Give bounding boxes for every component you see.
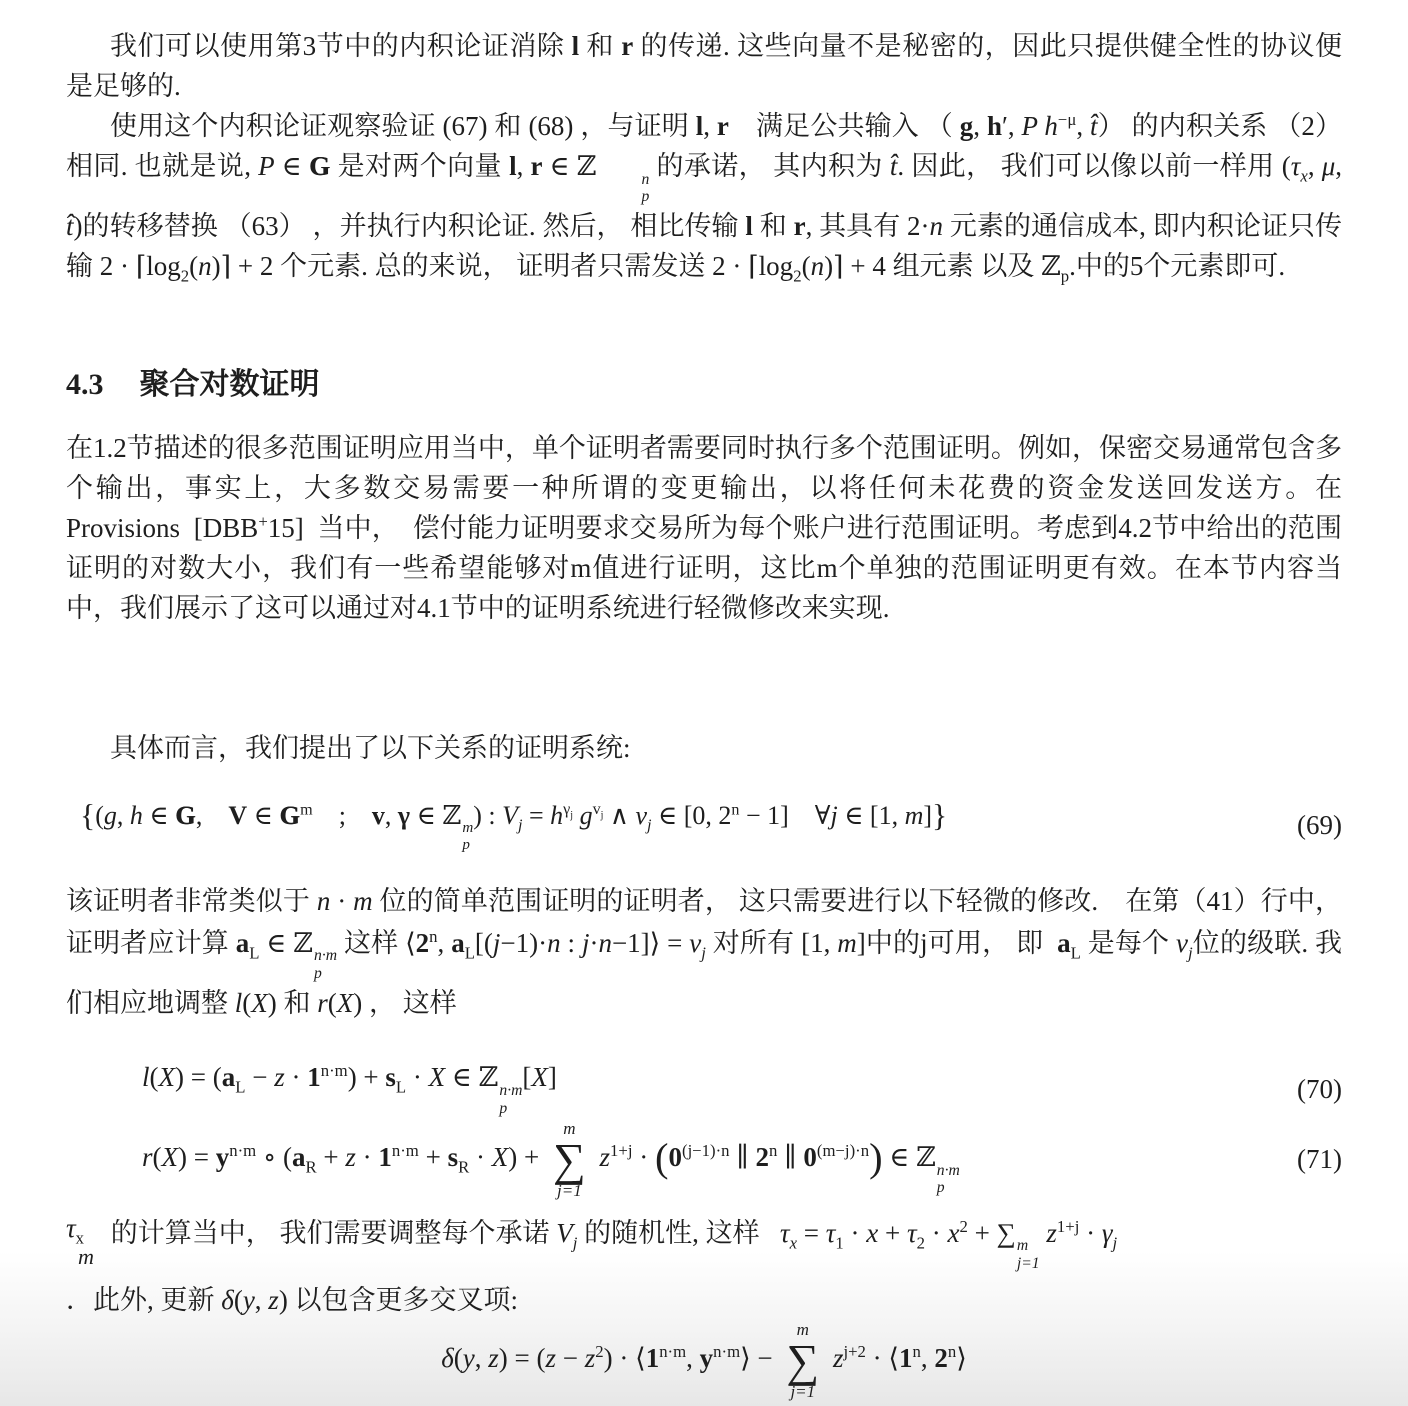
- equation-69-number: (69): [1268, 810, 1342, 841]
- equation-70-body: l(X) = (aL − z · 1n·m) + sL · X ∈ ℤn·mp[…: [66, 1062, 1268, 1117]
- equation-70-number: (70): [1268, 1074, 1342, 1105]
- equation-71-body: r(X) = yn·m ∘ (aR + z · 1n·m + sR · X) +…: [66, 1119, 1268, 1200]
- equation-delta: δ(y, z) = (z − z2) · ⟨1n·m, yn·m⟩ − m∑j=…: [66, 1320, 1342, 1401]
- equation-71-post: z1+j · (0(j−1)·n ∥ 2n ∥ 0(m−j)·n) ∈ ℤn·m…: [593, 1142, 960, 1172]
- paragraph-proof-system-intro: 具体而言，我们提出了以下关系的证明系统:: [66, 728, 1342, 768]
- equation-71-pre: r(X) = yn·m ∘ (aR + z · 1n·m + sR · X) +: [142, 1142, 546, 1172]
- sum-lower-limit: j=1: [557, 1181, 582, 1201]
- sum-lower-limit: j=1: [790, 1382, 815, 1402]
- paragraph-prover-modifications: 该证明者非常类似于 n · m 位的简单范围证明的证明者， 这只需要进行以下轻微…: [66, 880, 1342, 1025]
- equation-71-number: (71): [1268, 1144, 1342, 1175]
- document-page: 我们可以使用第3节中的内积论证消除 l 和 r 的传递. 这些向量不是秘密的，因…: [0, 0, 1408, 1402]
- paragraph-aggregation-motivation: 在1.2节描述的很多范围证明应用当中，单个证明者需要同时执行多个范围证明。例如，…: [66, 428, 1342, 628]
- section-heading: 4.3聚合对数证明: [66, 364, 1342, 406]
- equation-delta-post: zj+2 · ⟨1n, 2n⟩: [826, 1343, 967, 1373]
- paragraph-inner-product-verification: 使用这个内积论证观察验证 (67) 和 (68) ，与证明 l, r 满足公共输…: [66, 106, 1342, 286]
- section-title: 聚合对数证明: [140, 368, 320, 401]
- paragraph-tau-text: 的计算当中， 我们需要调整每个承诺 Vj 的随机性, 这样 τx = τ1 · …: [104, 1218, 1117, 1248]
- summation-symbol: m∑j=1: [786, 1320, 819, 1401]
- equation-69: {(g, h ∈ G, V ∈ Gm ; v, γ ∈ ℤmp) : Vj = …: [66, 798, 1342, 854]
- summation-symbol: m∑j=1: [553, 1119, 586, 1200]
- paragraph-delta-update: ．此外, 更新 δ(y, z) 以包含更多交叉项:: [66, 1280, 1342, 1320]
- paragraph-tau-randomness: τxm 的计算当中， 我们需要调整每个承诺 Vj 的随机性, 这样 τx = τ…: [66, 1213, 1342, 1273]
- tau-x-stack: τxm: [66, 1213, 94, 1270]
- equation-70: l(X) = (aL − z · 1n·m) + sL · X ∈ ℤn·mp[…: [66, 1062, 1342, 1117]
- tau-m: m: [66, 1244, 94, 1269]
- equation-69-body: {(g, h ∈ G, V ∈ Gm ; v, γ ∈ ℤmp) : Vj = …: [66, 798, 1268, 854]
- tau-x: τx: [66, 1213, 84, 1244]
- equation-delta-body: δ(y, z) = (z − z2) · ⟨1n·m, yn·m⟩ − m∑j=…: [441, 1320, 967, 1401]
- sigma-icon: ∑: [553, 1139, 586, 1181]
- section-number: 4.3: [66, 368, 104, 401]
- sigma-icon: ∑: [786, 1340, 819, 1382]
- paragraph-inner-product-intro: 我们可以使用第3节中的内积论证消除 l 和 r 的传递. 这些向量不是秘密的，因…: [66, 26, 1342, 106]
- equation-71: r(X) = yn·m ∘ (aR + z · 1n·m + sR · X) +…: [66, 1119, 1342, 1200]
- equation-delta-pre: δ(y, z) = (z − z2) · ⟨1n·m, yn·m⟩ −: [441, 1343, 779, 1373]
